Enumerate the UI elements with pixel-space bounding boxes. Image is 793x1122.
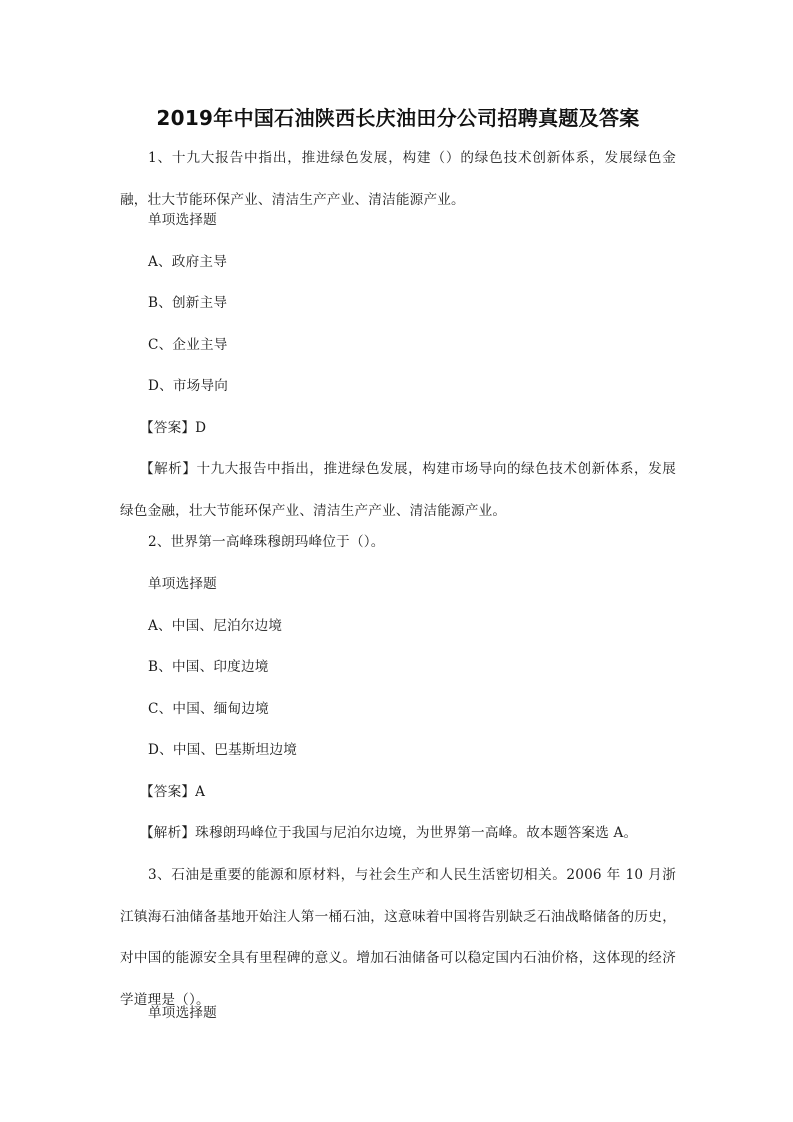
question-1-answer: 【答案】D bbox=[140, 418, 206, 438]
question-3-stem: 3、石油是重要的能源和原材料，与社会生产和人民生活密切相关。2006 年 10 … bbox=[120, 855, 676, 1021]
question-2-analysis: 【解析】珠穆朗玛峰位于我国与尼泊尔边境，为世界第一高峰。故本题答案选 A。 bbox=[140, 823, 637, 843]
question-2-option-d: D、中国、巴基斯坦边境 bbox=[148, 740, 297, 760]
question-2-answer: 【答案】A bbox=[140, 782, 205, 802]
question-2-type: 单项选择题 bbox=[148, 574, 217, 594]
question-1-analysis: 【解析】十九大报告中指出，推进绿色发展，构建市场导向的绿色技术创新体系，发展绿色… bbox=[120, 449, 676, 532]
question-1-type: 单项选择题 bbox=[148, 210, 217, 230]
question-1-stem: 1、十九大报告中指出，推进绿色发展，构建（）的绿色技术创新体系，发展绿色金融，壮… bbox=[120, 138, 676, 221]
question-2-option-b: B、中国、印度边境 bbox=[148, 657, 269, 677]
document-title: 2019年中国石油陕西长庆油田分公司招聘真题及答案 bbox=[120, 104, 676, 132]
question-2-option-a: A、中国、尼泊尔边境 bbox=[148, 616, 282, 636]
question-1-option-d: D、市场导向 bbox=[148, 376, 228, 396]
question-2-option-c: C、中国、缅甸边境 bbox=[148, 699, 269, 719]
question-1-option-a: A、政府主导 bbox=[148, 252, 227, 272]
question-3-type: 单项选择题 bbox=[148, 1003, 217, 1023]
question-2-stem: 2、世界第一高峰珠穆朗玛峰位于（）。 bbox=[148, 532, 385, 552]
question-1-option-b: B、创新主导 bbox=[148, 293, 227, 313]
question-1-option-c: C、企业主导 bbox=[148, 335, 228, 355]
